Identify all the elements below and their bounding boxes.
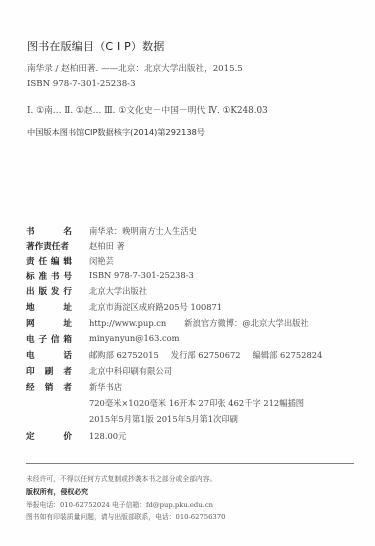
info-row-email: 电子信箱 minyanyun@163.com: [26, 333, 366, 347]
value-distributor: 新华书店: [89, 381, 122, 393]
value-website: http://www.pup.cn新浪官方微博：@北京大学出版社: [89, 317, 309, 329]
label-address: 地址: [26, 301, 72, 313]
label-author: 著作责任者: [26, 240, 72, 252]
cip-subject-line: Ⅰ. ①南… Ⅱ. ①赵… Ⅲ. ①文化史－中国－明代 Ⅳ. ①K248.03: [27, 103, 268, 116]
website-link[interactable]: http://www.pup.cn: [89, 318, 166, 328]
info-row-distributor: 经销者 新华书店: [26, 381, 366, 395]
value-title: 南华录：晚明南方士人生活史: [89, 225, 197, 237]
info-row-website: 网址 http://www.pup.cn新浪官方微博：@北京大学出版社: [26, 317, 366, 331]
phone-mail-order: 邮购部 62752015: [89, 350, 159, 360]
cip-bibliographic-line: 南华录 / 赵柏田著. ——北京：北京大学出版社，2015.5: [27, 62, 243, 74]
section-divider: [26, 463, 354, 464]
info-row-author: 著作责任者 赵柏田 著: [26, 240, 366, 254]
value-edition: 2015年5月第1版 2015年5月第1次印刷: [89, 413, 238, 425]
value-printer: 北京中科印刷有限公司: [89, 365, 172, 377]
info-row-editor: 责任编辑 闵艳芸: [26, 255, 366, 269]
info-row-address: 地址 北京市海淀区成府路205号 100871: [26, 301, 366, 315]
label-title: 书名: [26, 225, 72, 237]
info-row-isbn: 标准书号 ISBN 978-7-301-25238-3: [26, 270, 366, 284]
report-contact: 举报电话：010-62752024 电子信箱：fd@pup.pku.edu.cn: [26, 499, 213, 509]
value-format: 720毫米×1020毫米 16开本 27印张 462千字 212幅插图: [89, 397, 304, 409]
label-website: 网址: [26, 317, 72, 329]
value-author: 赵柏田 著: [89, 240, 125, 252]
rights-reserved: 版权所有，侵权必究: [26, 486, 88, 496]
info-row-title: 书名 南华录：晚明南方士人生活史: [26, 225, 366, 239]
label-publisher: 出版发行: [26, 285, 72, 297]
label-distributor: 经销者: [26, 381, 72, 393]
label-email: 电子信箱: [26, 333, 72, 345]
label-printer: 印刷者: [26, 365, 72, 377]
phone-editorial: 编辑部 62752824: [253, 350, 323, 360]
copyright-page: 图书在版编目（C I P）数据 南华录 / 赵柏田著. ——北京：北京大学出版社…: [0, 0, 375, 546]
copyright-notice: 未经许可，不得以任何方式复制或抄袭本书之部分或全部内容。: [26, 473, 216, 483]
info-row-format: 720毫米×1020毫米 16开本 27印张 462千字 212幅插图: [26, 397, 366, 411]
value-email[interactable]: minyanyun@163.com: [89, 333, 180, 343]
cip-isbn-line: ISBN 978-7-301-25238-3: [27, 79, 136, 89]
weibo-account: 新浪官方微博：@北京大学出版社: [184, 318, 308, 328]
info-row-edition: 2015年5月第1版 2015年5月第1次印刷: [26, 413, 366, 427]
label-isbn: 标准书号: [26, 270, 72, 282]
value-address: 北京市海淀区成府路205号 100871: [89, 301, 222, 313]
phone-distribution: 发行部 62750672: [171, 350, 241, 360]
value-isbn: ISBN 978-7-301-25238-3: [89, 270, 194, 280]
cip-title: 图书在版编目（C I P）数据: [27, 38, 165, 54]
info-row-price: 定价 128.00元: [26, 430, 366, 444]
value-editor: 闵艳芸: [89, 255, 114, 267]
quality-contact: 图书如有印装质量问题，请与出版部联系，电话：010-62756370: [26, 511, 225, 521]
label-price: 定价: [26, 430, 72, 442]
info-row-publisher: 出版发行 北京大学出版社: [26, 285, 366, 299]
value-publisher: 北京大学出版社: [89, 285, 147, 297]
cip-verification-line: 中国版本图书馆CIP数据核字(2014)第292138号: [27, 127, 205, 138]
label-editor: 责任编辑: [26, 255, 72, 267]
value-price: 128.00元: [89, 430, 126, 442]
label-phone: 电话: [26, 349, 72, 361]
info-row-phone: 电话 邮购部 62752015发行部 62750672编辑部 62752824: [26, 349, 366, 363]
info-row-printer: 印刷者 北京中科印刷有限公司: [26, 365, 366, 379]
value-phone: 邮购部 62752015发行部 62750672编辑部 62752824: [89, 349, 322, 361]
